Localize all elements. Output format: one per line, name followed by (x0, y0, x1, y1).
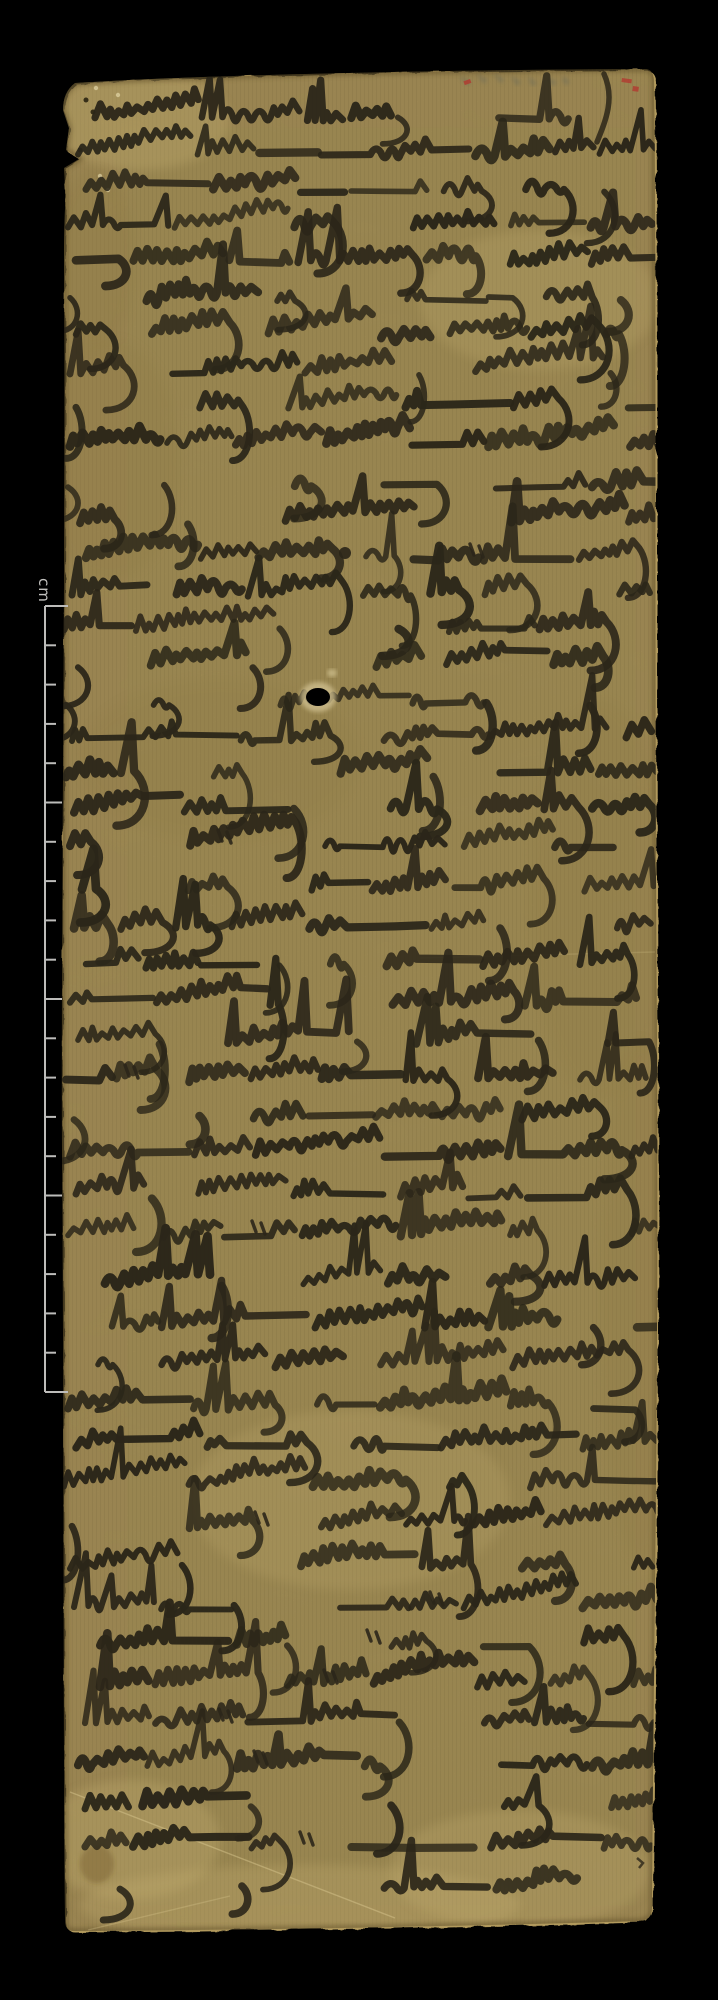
edge-fleck (84, 98, 89, 103)
paper-stain (80, 1845, 114, 1883)
ruler-cm-label: cm (35, 578, 53, 603)
red-mark (632, 86, 639, 92)
photograph-stage: cm (0, 0, 718, 2000)
ink-dot (339, 547, 351, 559)
manuscript-photo (0, 0, 718, 2000)
